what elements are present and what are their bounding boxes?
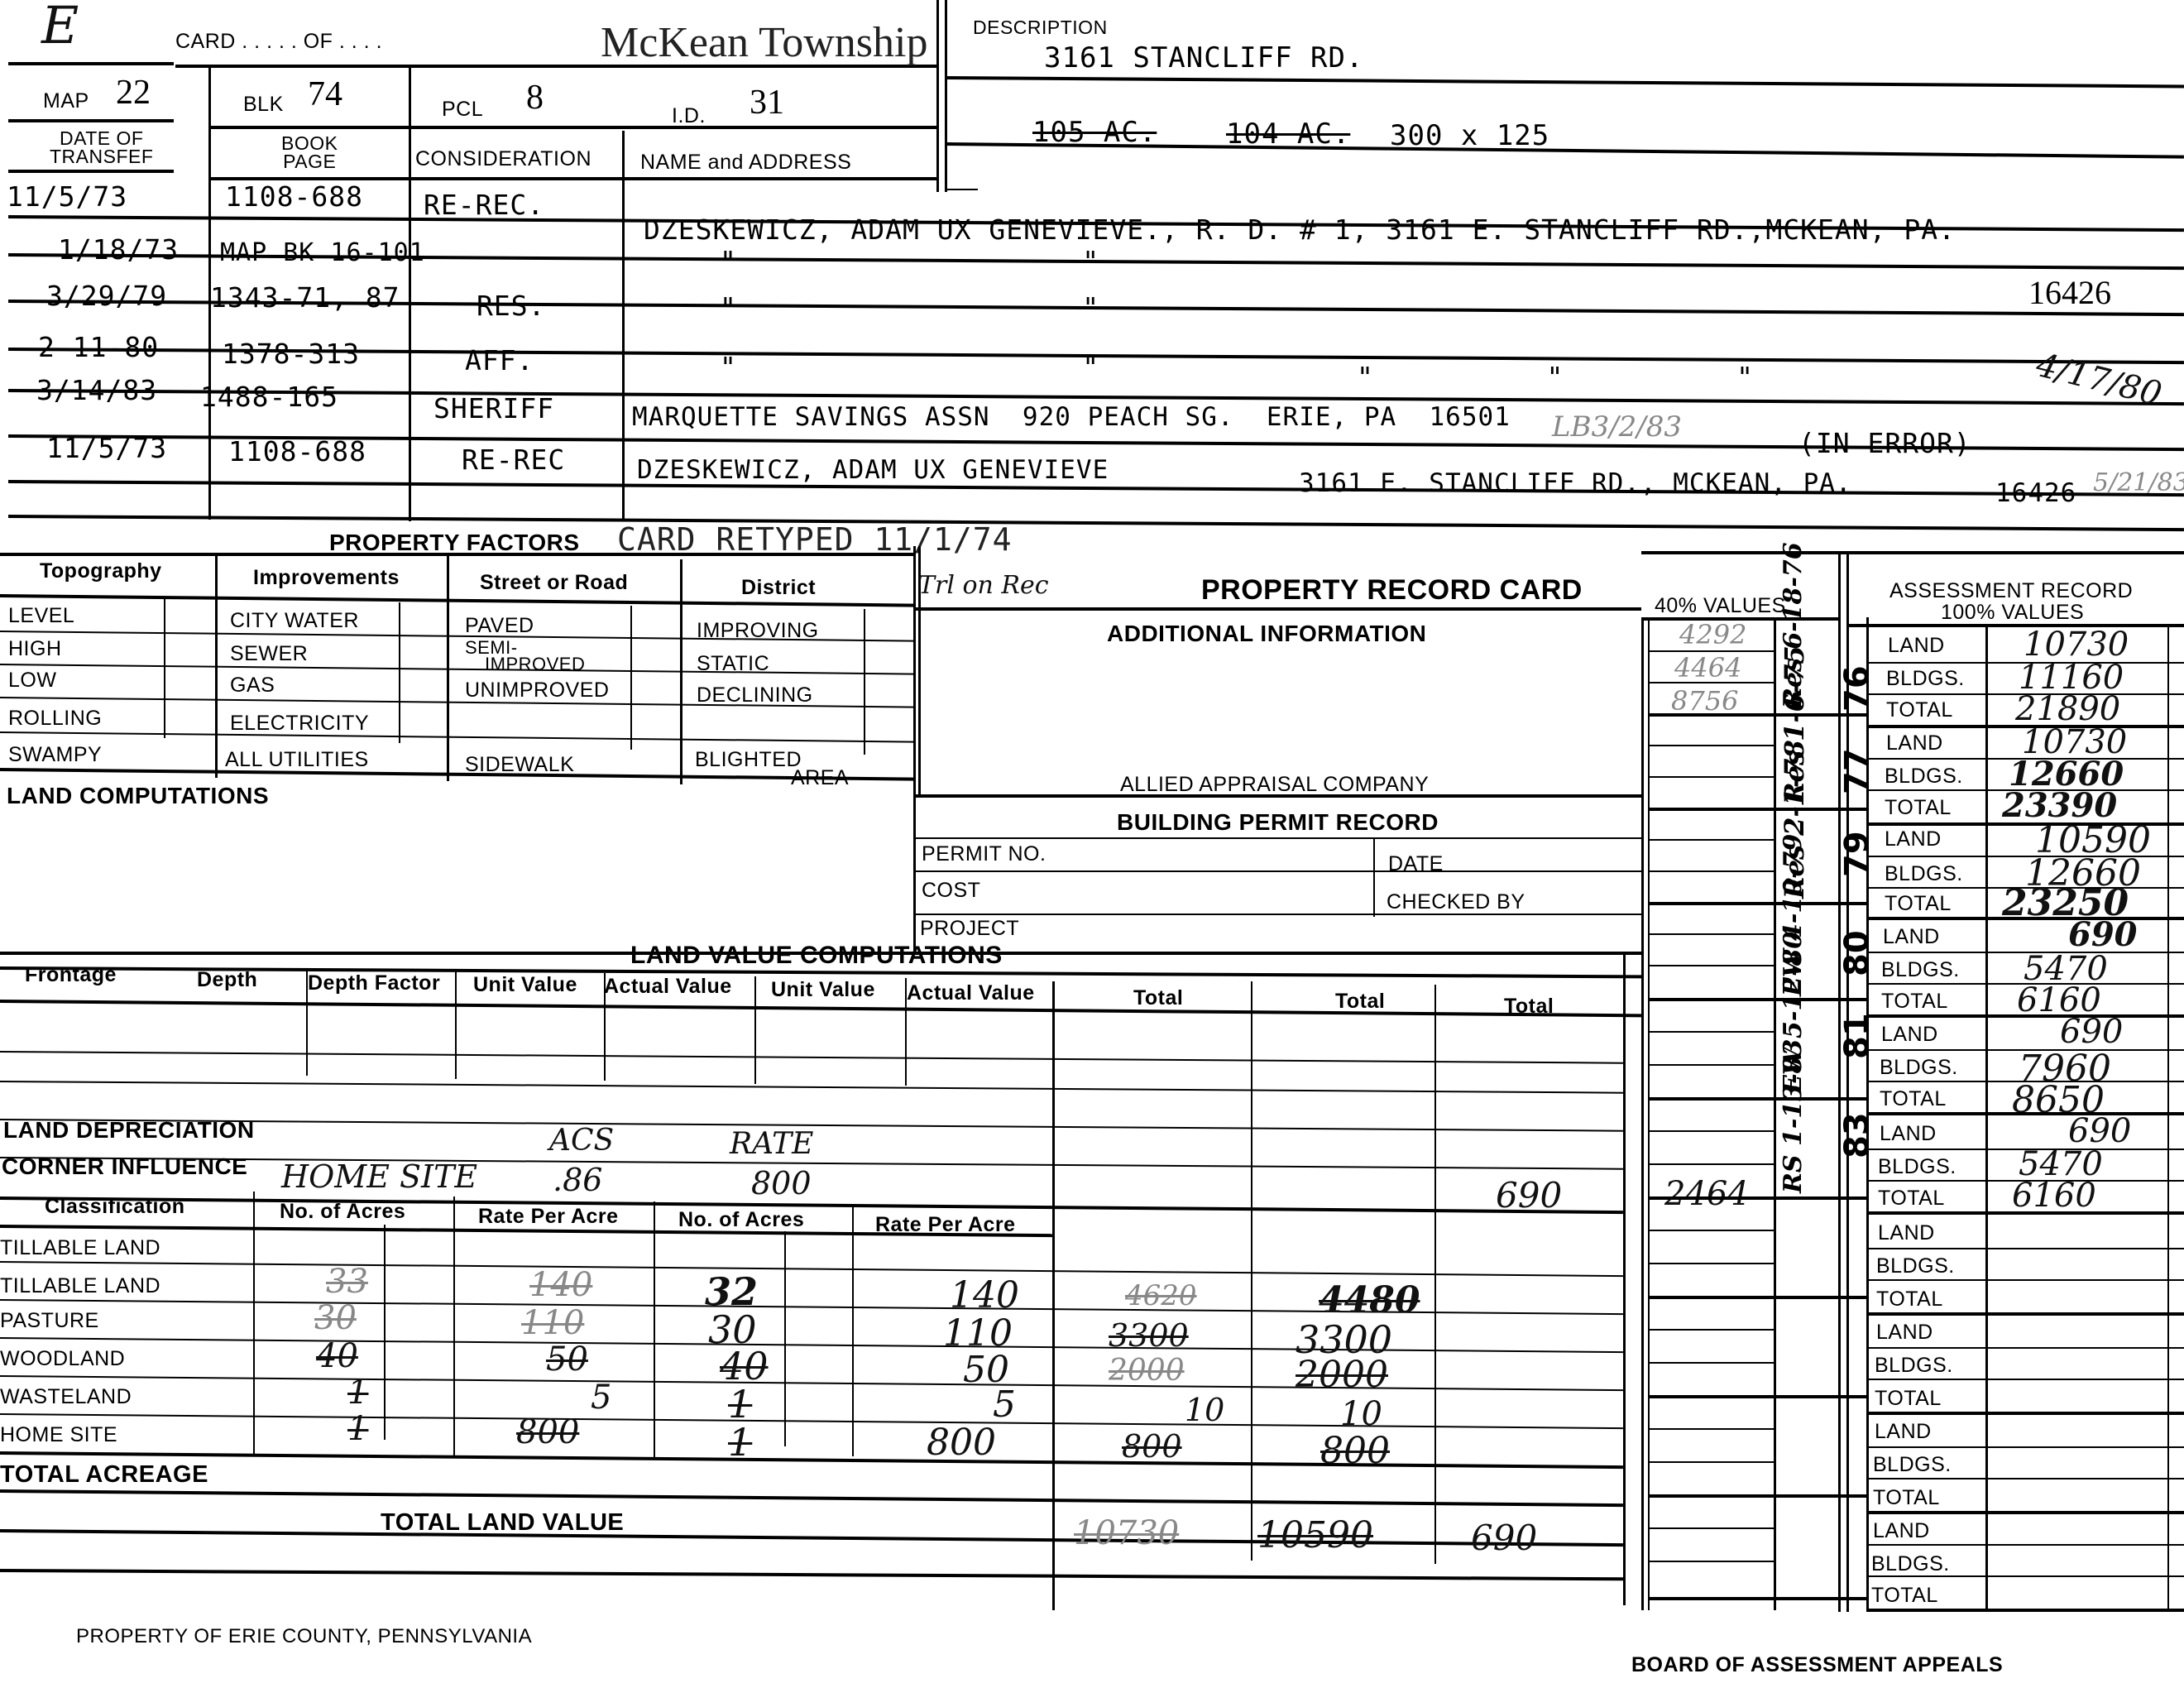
total-label: TOTAL [1880, 1087, 1947, 1111]
total-1: 800 [1122, 1428, 1182, 1465]
improvements-header: Improvements [253, 566, 400, 590]
handwritten-rate-value: 800 [751, 1165, 812, 1201]
rate-1: 5 [591, 1379, 611, 1417]
vertical-note: RS 1-13-83 [1779, 1039, 1808, 1193]
improvement-sewer: SEWER [230, 642, 308, 666]
land-label: LAND [1883, 925, 1940, 949]
col-rate-1: Rate Per Acre [478, 1205, 619, 1229]
bldgs-label: BLDGS. [1881, 958, 1960, 982]
transfer-consideration: SHERIFF [433, 392, 554, 424]
col-unit-value-1: Unit Value [473, 973, 577, 997]
rate-1: 110 [521, 1304, 584, 1342]
id-label: I.D. [672, 104, 706, 128]
transfer-book: 1108-688 [225, 180, 363, 213]
transfer-date: 11/5/73 [7, 180, 127, 213]
corner-influence-label: CORNER INFLUENCE [2, 1153, 247, 1180]
transfer-zip: 16426 [1995, 478, 2076, 508]
record-card-title: PROPERTY RECORD CARD [1201, 574, 1583, 607]
col-book-label: BOOKPAGE [281, 134, 338, 170]
handwritten-note: 5/21/83 [2093, 468, 2184, 497]
rate-1: 140 [529, 1266, 592, 1304]
total-land-value-3: 690 [1471, 1518, 1537, 1558]
forty-value: 2464 [1664, 1175, 1749, 1213]
street-unimproved: UNIMPROVED [465, 679, 609, 703]
classification-label: TILLABLE LAND [0, 1274, 160, 1298]
transfer-book: 1378-313 [222, 338, 360, 370]
building-permit-title: BUILDING PERMIT RECORD [1117, 809, 1439, 836]
col-depth-factor: Depth Factor [308, 971, 440, 995]
street-sidewalk: SIDEWALK [465, 753, 574, 777]
col-date-label: DATE OFTRANSFEF [50, 129, 153, 165]
acres-1: 1 [347, 1410, 368, 1448]
land-depreciation-label: LAND DEPRECIATION [3, 1117, 255, 1144]
rate-1: 800 [516, 1413, 579, 1451]
assessment-subheader: 100% VALUES [1941, 601, 2084, 625]
blk-label: BLK [243, 93, 284, 117]
total-acreage-label: TOTAL ACREAGE [0, 1461, 208, 1489]
district-declining: DECLINING [697, 683, 813, 707]
topography-high: HIGH [8, 637, 62, 661]
transfer-date: 3/14/83 [36, 374, 157, 406]
col-classification: Classification [45, 1195, 185, 1219]
district-blighted: BLIGHTED [695, 748, 802, 772]
rate-2: 5 [993, 1383, 1016, 1426]
bldgs-label: BLDGS. [1885, 765, 1963, 789]
transfer-name: DZESKEWICZ, ADAM UX GENEVIEVE., R. D. # … [644, 213, 1956, 246]
transfer-consideration: RE-REC [462, 444, 565, 476]
bldgs-label: BLDGS. [1875, 1354, 1953, 1378]
total-label: TOTAL [1875, 1387, 1942, 1411]
acres-1: 30 [314, 1299, 357, 1337]
col-total-2: Total [1335, 990, 1385, 1014]
handwritten-rate: RATE [730, 1127, 813, 1161]
total-1: 2000 [1109, 1354, 1185, 1388]
card-label: CARD . . . . . OF . . . . [175, 30, 382, 54]
forty-percent-header: 40% VALUES [1655, 594, 1786, 618]
land-value: 690 [2060, 1013, 2123, 1051]
total-label: TOTAL [1871, 1584, 1938, 1608]
bldgs-label: BLDGS. [1885, 862, 1963, 886]
assessment-year: 81 [1838, 1013, 1876, 1059]
acres-1: 40 [316, 1337, 358, 1375]
total-label: TOTAL [1886, 698, 1953, 722]
handwritten-acs: ACS [549, 1124, 614, 1158]
additional-information-header: ADDITIONAL INFORMATION [1107, 621, 1426, 647]
transfer-note: (IN ERROR) [1798, 427, 1971, 459]
forty-value: 4292 [1679, 619, 1746, 650]
total-1: 10 [1185, 1392, 1224, 1428]
total-2: 10 [1340, 1395, 1382, 1433]
district-header: District [741, 576, 816, 600]
transfer-name: DZESKEWICZ, ADAM UX GENEVIEVE [637, 455, 1109, 485]
land-label: LAND [1875, 1420, 1932, 1444]
transfer-consideration: AFF. [465, 344, 534, 376]
pcl-label: PCL [442, 98, 483, 122]
blk-value: 74 [308, 74, 342, 114]
classification-label: TILLABLE LAND [0, 1236, 160, 1260]
map-label: MAP [43, 89, 89, 113]
property-of-label: PROPERTY OF ERIE COUNTY, PENNSYLVANIA [76, 1625, 532, 1648]
land-label: LAND [1886, 731, 1943, 755]
bldgs-label: BLDGS. [1876, 1254, 1955, 1278]
transfer-name: " " [720, 245, 1099, 277]
map-value: 22 [116, 73, 151, 113]
topography-rolling: ROLLING [8, 707, 102, 731]
district-area: AREA [791, 766, 849, 790]
total-label: TOTAL [1878, 1187, 1945, 1211]
district-improving: IMPROVING [697, 619, 819, 643]
improvement-city-water: CITY WATER [230, 609, 359, 633]
land-label: LAND [1888, 634, 1945, 658]
col-consideration-label: CONSIDERATION [415, 147, 591, 171]
transfer-date: 11/5/73 [46, 432, 167, 464]
col-name-label: NAME and ADDRESS [640, 151, 851, 175]
topography-header: Topography [40, 559, 162, 583]
transfer-consideration: RES. [477, 290, 545, 322]
pcl-value: 8 [526, 78, 544, 117]
transfer-name: " " [720, 351, 1099, 383]
improvement-gas: GAS [230, 674, 275, 698]
land-label: LAND [1876, 1321, 1933, 1345]
topography-swampy: SWAMPY [8, 743, 102, 767]
acres-1: 33 [326, 1263, 368, 1301]
land-label: LAND [1885, 827, 1942, 851]
transfer-zip: 16426 [2028, 273, 2111, 312]
description-line1: 3161 STANCLIFF RD. [1044, 41, 1363, 74]
total-label: TOTAL [1873, 1486, 1940, 1510]
transfer-address: 3161 E. STANCLIFF RD., MCKEAN, PA. [1299, 468, 1852, 498]
classification-label: PASTURE [0, 1309, 99, 1333]
permit-date-label: DATE [1388, 852, 1444, 876]
permit-checked-by-label: CHECKED BY [1387, 890, 1525, 914]
land-label: LAND [1880, 1122, 1937, 1146]
acres-1: 1 [347, 1374, 368, 1412]
classification-label: WOODLAND [0, 1347, 125, 1371]
transfer-consideration: RE-REC. [424, 189, 544, 221]
card-mark: E [41, 0, 79, 55]
handwritten-transfer-note: Trl on Rec [918, 571, 1049, 600]
land-label: LAND [1878, 1221, 1935, 1245]
rate-2: 800 [927, 1422, 996, 1464]
transfer-book: 1108-688 [228, 435, 366, 468]
district-static: STATIC [697, 652, 769, 676]
total-2: 4480 [1319, 1279, 1420, 1321]
topography-low: LOW [8, 669, 56, 693]
forty-value: 8756 [1671, 685, 1738, 717]
land-computations-label: LAND COMPUTATIONS [7, 783, 269, 809]
transfer-date: 1/18/73 [58, 233, 179, 266]
description-label: DESCRIPTION [973, 17, 1108, 39]
total-land-value-1: 10730 [1074, 1514, 1179, 1552]
col-total-1: Total [1133, 986, 1183, 1010]
rate-2: 140 [950, 1274, 1019, 1316]
assessment-header: ASSESSMENT RECORD [1889, 579, 2133, 603]
bldgs-label: BLDGS. [1873, 1453, 1952, 1477]
col-acres-1: No. of Acres [280, 1200, 405, 1224]
total-land-value-label: TOTAL LAND VALUE [381, 1509, 624, 1537]
total-2: 2000 [1296, 1354, 1388, 1396]
permit-cost-label: COST [922, 879, 980, 903]
transfer-date: 3/29/79 [46, 280, 167, 312]
rate-1: 50 [546, 1340, 588, 1379]
permit-no-label: PERMIT NO. [922, 842, 1046, 866]
bldgs-label: BLDGS. [1880, 1056, 1958, 1080]
total-label: TOTAL [1885, 796, 1952, 820]
transfer-ditto: " " " [1357, 361, 1754, 393]
assessment-year: 77 [1838, 748, 1876, 794]
transfer-book: 1488-165 [200, 381, 338, 413]
total-1: 3300 [1109, 1317, 1189, 1354]
assessment-year: 79 [1838, 831, 1876, 877]
classification-label: HOME SITE [0, 1423, 117, 1447]
handwritten-homesite: HOME SITE [281, 1158, 477, 1195]
total-land-value-2: 10590 [1257, 1514, 1373, 1556]
handwritten-acs-value: .86 [553, 1162, 602, 1198]
assessment-year: 76 [1838, 665, 1876, 712]
total-label: TOTAL [1876, 1288, 1943, 1312]
appraiser-name: ALLIED APPRAISAL COMPANY [1120, 773, 1429, 797]
col-depth: Depth [197, 968, 257, 992]
total-1: 4620 [1125, 1279, 1197, 1312]
transfer-name: " " [720, 291, 1099, 324]
handwritten-note: LB3/2/83 [1552, 410, 1682, 444]
land-value: 690 [2068, 915, 2138, 954]
forty-value: 4464 [1674, 652, 1741, 683]
col-frontage: Frontage [25, 963, 117, 987]
improvement-all-utilities: ALL UTILITIES [225, 748, 369, 772]
col-acres-2: No. of Acres [678, 1208, 804, 1232]
transfer-name: MARQUETTE SAVINGS ASSN 920 PEACH SG. ERI… [632, 402, 1511, 432]
col-actual-value-1: Actual Value [604, 975, 732, 999]
total-label: TOTAL [1885, 892, 1952, 916]
classification-label: WASTELAND [0, 1385, 132, 1409]
total-value: 6160 [2012, 1177, 2096, 1215]
board-of-appeals-label: BOARD OF ASSESSMENT APPEALS [1631, 1653, 2003, 1677]
col-unit-value-2: Unit Value [771, 978, 875, 1002]
topography-level: LEVEL [8, 604, 74, 628]
bldgs-label: BLDGS. [1878, 1155, 1956, 1179]
improvement-electricity: ELECTRICITY [230, 712, 369, 736]
street-paved: PAVED [465, 614, 534, 638]
bldgs-label: BLDGS. [1886, 667, 1965, 691]
land-label: LAND [1881, 1023, 1938, 1047]
id-value: 31 [750, 83, 784, 122]
land-label: LAND [1873, 1519, 1930, 1543]
transfer-date: 2-11-80 [38, 331, 159, 363]
acres-2: 1 [728, 1420, 752, 1465]
permit-project-label: PROJECT [920, 917, 1019, 941]
transfer-book: MAP BK 16-101 [220, 238, 425, 267]
assessment-year: 83 [1838, 1112, 1876, 1158]
col-actual-value-2: Actual Value [907, 981, 1035, 1005]
total-label: TOTAL [1881, 990, 1948, 1014]
township: McKean Township [601, 18, 927, 67]
street-semi-improved: IMPROVED [485, 654, 585, 675]
assessment-year: 80 [1838, 930, 1876, 976]
transfer-book: 1343-71, 87 [210, 281, 400, 314]
land-value-title: LAND VALUE COMPUTATIONS [630, 942, 1003, 970]
total-2: 800 [1320, 1430, 1390, 1472]
street-header: Street or Road [480, 571, 628, 595]
bldgs-label: BLDGS. [1871, 1552, 1950, 1576]
